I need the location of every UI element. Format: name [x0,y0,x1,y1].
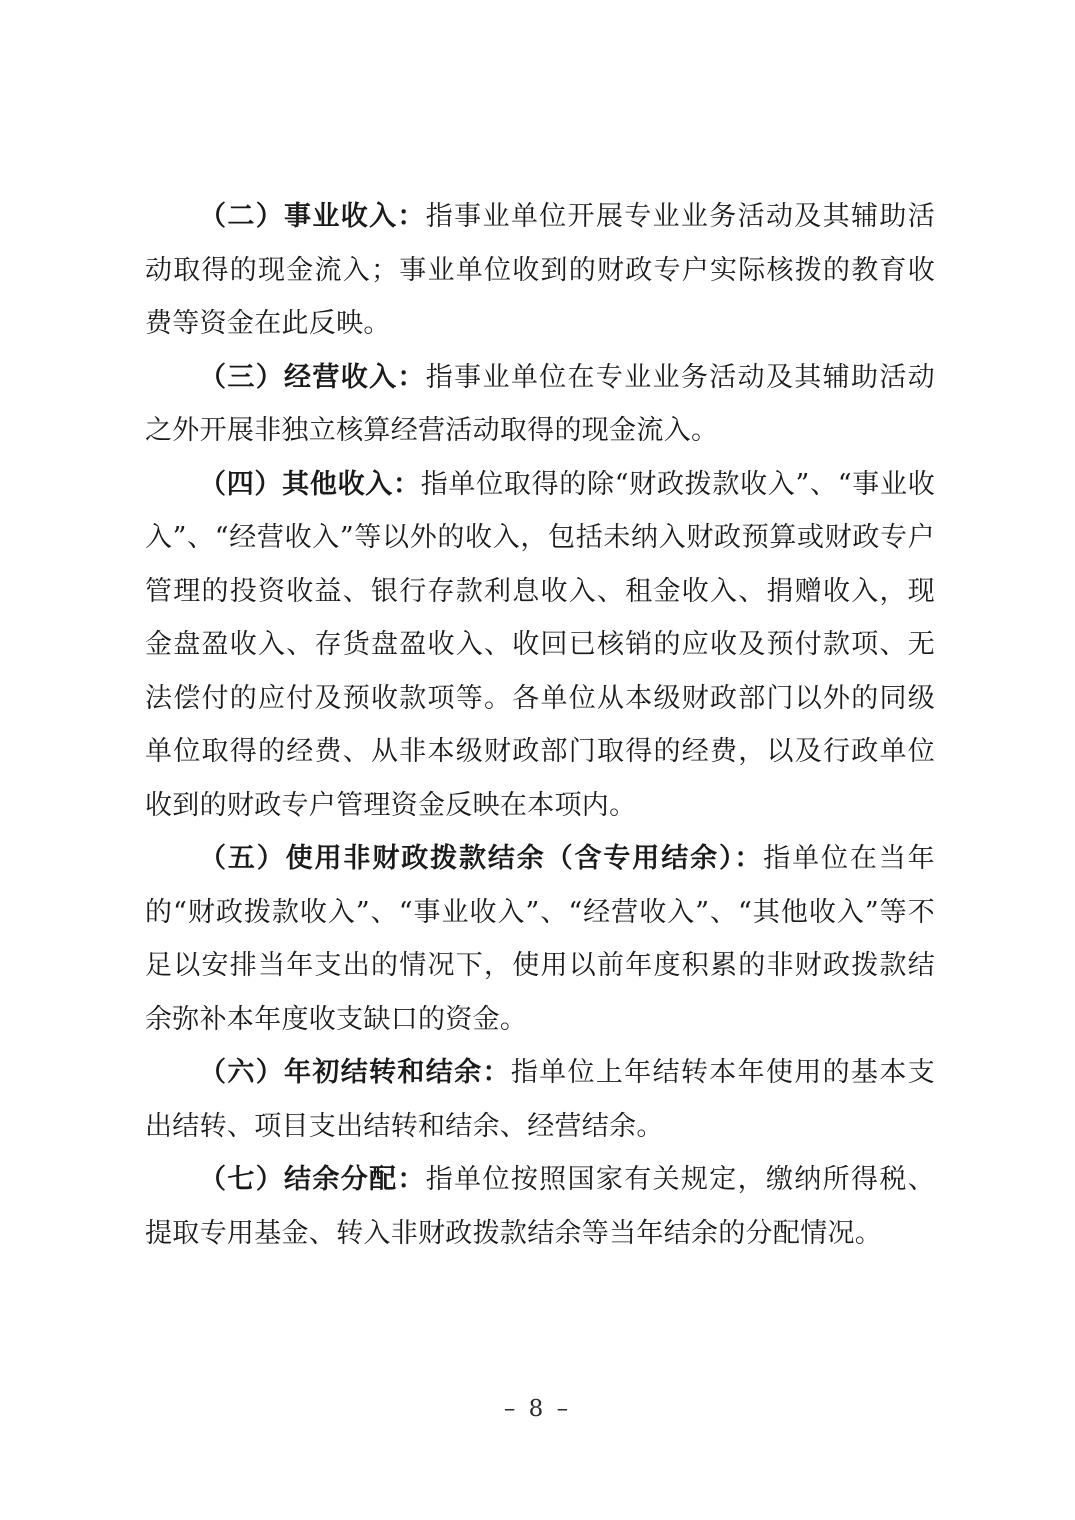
paragraph-body: 指单位取得的除“财政拨款收入”、“事业收入”、“经营收入”等以外的收入，包括未纳… [145,469,935,821]
paragraph: （二）事业收入：指事业单位开展专业业务活动及其辅助活动取得的现金流入；事业单位收… [145,190,935,351]
page-number: – 8 – [0,1396,1075,1422]
paragraph: （六）年初结转和结余：指单位上年结转本年使用的基本支出结转、项目支出结转和结余、… [145,1046,935,1153]
document-page: （二）事业收入：指事业单位开展专业业务活动及其辅助活动取得的现金流入；事业单位收… [0,0,1075,1520]
paragraph-heading: （七）结余分配： [199,1164,426,1195]
paragraph: （四）其他收入：指单位取得的除“财政拨款收入”、“事业收入”、“经营收入”等以外… [145,458,935,833]
paragraph: （三）经营收入：指事业单位在专业业务活动及其辅助活动之外开展非独立核算经营活动取… [145,351,935,458]
paragraph: （五）使用非财政拨款结余（含专用结余）：指单位在当年的“财政拨款收入”、“事业收… [145,832,935,1046]
paragraph-heading: （六）年初结转和结余： [199,1057,511,1088]
paragraph-heading: （二）事业收入： [199,201,426,232]
paragraph-heading: （五）使用非财政拨款结余（含专用结余）： [199,843,763,874]
paragraph-heading: （四）其他收入： [199,469,421,500]
paragraph: （七）结余分配：指单位按照国家有关规定，缴纳所得税、提取专用基金、转入非财政拨款… [145,1153,935,1260]
paragraph-heading: （三）经营收入： [199,362,426,393]
document-body: （二）事业收入：指事业单位开展专业业务活动及其辅助活动取得的现金流入；事业单位收… [145,190,935,1260]
